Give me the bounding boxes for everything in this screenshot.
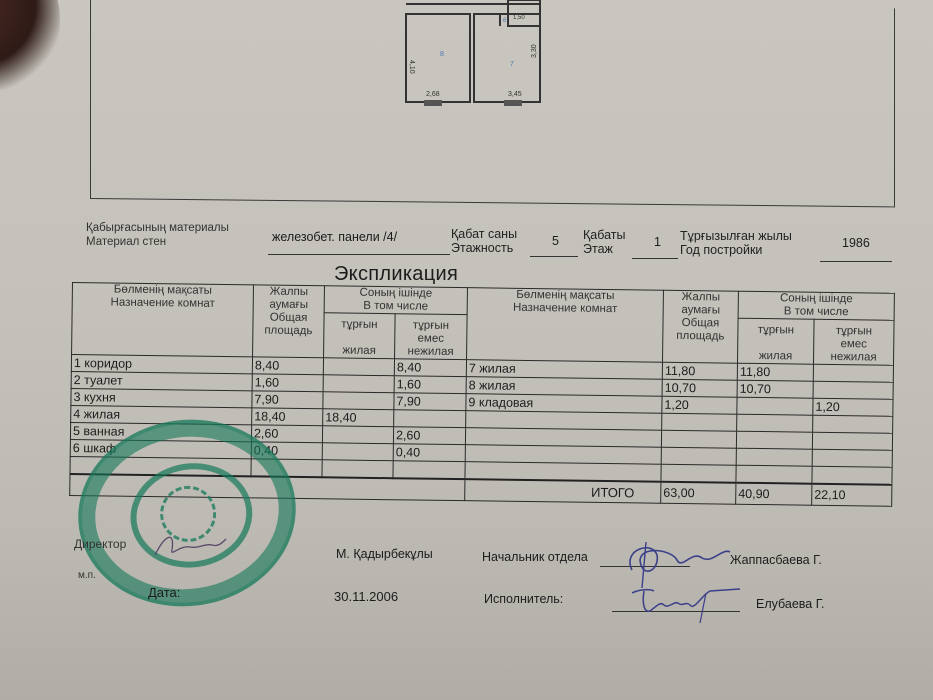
left-nonliving-cell: 1,60 (394, 376, 466, 394)
right-nonliving-cell: 1,20 (813, 398, 893, 416)
purpose-header-right: Бөлменің мақсатыНазначение комнат (467, 288, 664, 363)
wall-material-label-kz: Қабырғасының материалы (86, 221, 229, 235)
floor-plan: 8 7 6 4,10 2,68 3,30 3,45 1,50 (400, 0, 550, 108)
left-total-cell: 2,60 (251, 425, 322, 443)
year-label-ru: Год постройки (680, 243, 792, 257)
date-label: Дата: (148, 585, 180, 600)
right-total-cell: 11,80 (662, 362, 737, 380)
room-label-7: 7 (510, 61, 514, 68)
right-total-cell: 1,20 (662, 396, 737, 414)
left-total-cell: 18,40 (252, 408, 323, 426)
left-living-cell: 18,40 (323, 409, 394, 427)
right-total-cell (662, 413, 737, 431)
including-header-left: Соның ішіндеВ том числе (324, 286, 467, 315)
totals-nonliving: 22,10 (812, 484, 892, 507)
dim-1-50: 1,50 (513, 15, 525, 21)
floor-value: 1 (654, 235, 661, 249)
totals-living: 40,90 (736, 483, 812, 505)
left-nonliving-cell: 8,40 (394, 359, 466, 377)
right-total-cell (661, 464, 736, 482)
dim-3-30: 3,30 (531, 44, 538, 58)
director-label: Директор (74, 537, 126, 551)
wall-material-value: железобет. панели /4/ (272, 230, 397, 244)
right-living-cell (736, 431, 812, 449)
mp-label: м.п. (78, 569, 96, 583)
nonliving-header-right: тұрғынемеснежилая (813, 319, 894, 365)
director-signature (150, 525, 230, 560)
dim-2-68: 2,68 (426, 91, 440, 98)
floors-label-kz: Қабат саны (451, 227, 517, 241)
right-nonliving-cell (812, 449, 892, 467)
left-living-cell (322, 443, 393, 461)
wall-material-underline (268, 254, 450, 255)
director-name: М. Қадырбекұлы (336, 547, 433, 561)
floor-label-ru: Этаж (583, 242, 626, 256)
left-total-cell: 8,40 (252, 357, 323, 375)
right-living-cell (736, 465, 812, 483)
left-nonliving-cell: 7,90 (394, 393, 466, 411)
living-header-left: тұрғынжилая (324, 313, 396, 359)
right-total-cell: 10,70 (662, 379, 737, 397)
wall-material-label: Қабырғасының материалы Материал стен (86, 221, 229, 249)
purpose-header-left: Бөлменің мақсатыНазначение комнат (72, 283, 254, 357)
right-living-cell (736, 448, 812, 466)
room-label-6: 6 (503, 18, 507, 24)
left-nonliving-cell: 2,60 (393, 427, 465, 445)
left-living-cell (322, 426, 393, 444)
right-living-cell (737, 397, 813, 415)
right-living-cell: 11,80 (737, 363, 813, 381)
right-living-cell: 10,70 (737, 380, 813, 398)
floor-label-kz: Қабаты (583, 228, 626, 242)
right-nonliving-cell (812, 432, 892, 450)
right-living-cell (737, 414, 813, 432)
left-nonliving-cell (394, 410, 466, 428)
year-label-kz: Тұрғызылған жылы (680, 229, 792, 243)
executor-name: Елубаева Г. (756, 597, 824, 611)
left-nonliving-cell: 0,40 (393, 444, 465, 462)
nonliving-header-left: тұрғынемеснежилая (395, 314, 468, 360)
living-header-right: тұрғынжилая (737, 318, 814, 364)
right-nonliving-cell (813, 381, 893, 399)
year-label: Тұрғызылған жылы Год постройки (680, 229, 792, 257)
explication-title: Экспликация (334, 263, 458, 286)
including-header-right: Соның ішіндеВ том числе (738, 291, 894, 320)
year-value: 1986 (842, 236, 870, 250)
totals-label: ИТОГО (465, 479, 661, 503)
left-living-cell (322, 460, 393, 478)
finger-shadow (0, 0, 60, 90)
head-of-department-name: Жаппасбаева Г. (730, 553, 822, 567)
floors-underline (530, 256, 578, 257)
total-area-header-right: Жалпыаумағы Общаяплощадь (663, 290, 739, 363)
head-of-department-label: Начальник отдела (482, 550, 588, 564)
left-total-cell: 1,60 (252, 374, 323, 392)
left-nonliving-cell (393, 461, 465, 479)
dim-4-10: 4,10 (408, 60, 415, 74)
right-total-cell (661, 430, 736, 448)
floor-label: Қабаты Этаж (583, 228, 626, 256)
date-value: 30.11.2006 (334, 589, 398, 604)
floors-value: 5 (552, 234, 559, 248)
left-living-cell (323, 358, 394, 376)
floors-label-ru: Этажность (451, 241, 517, 255)
floors-label: Қабат саны Этажность (451, 227, 517, 255)
left-living-cell (323, 375, 394, 393)
right-nonliving-cell (813, 364, 893, 382)
floor-underline (632, 258, 678, 259)
total-area-header-left: Жалпыаумағы Общаяплощадь (253, 285, 325, 358)
right-nonliving-cell (812, 466, 892, 485)
room-label-8: 8 (440, 51, 444, 58)
executor-signature (620, 575, 750, 625)
totals-total: 63,00 (661, 482, 736, 504)
year-underline (820, 261, 892, 262)
wall-material-label-ru: Материал стен (86, 235, 229, 249)
right-nonliving-cell (813, 415, 893, 433)
left-total-cell: 7,90 (252, 391, 323, 409)
left-living-cell (323, 392, 394, 410)
executor-label: Исполнитель: (484, 592, 563, 606)
dim-3-45: 3,45 (508, 91, 522, 98)
right-total-cell (661, 447, 736, 465)
